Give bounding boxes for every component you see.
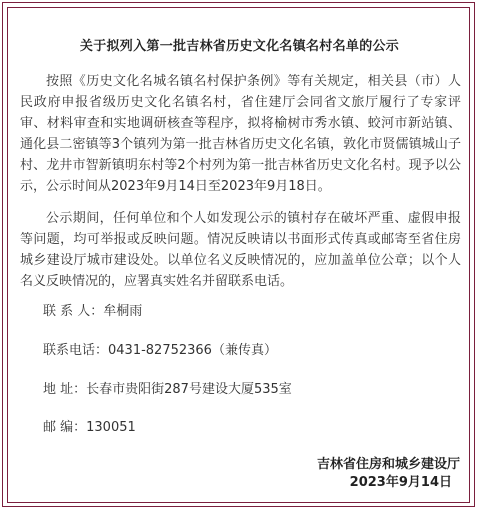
document-title: 关于拟列入第一批吉林省历史文化名镇名村名单的公示 — [0, 38, 479, 56]
signature-organization: 吉林省住房和城乡建设厅 — [317, 456, 460, 474]
signature-date: 2023年9月14日 — [350, 474, 452, 492]
contact-address: 地 址：长春市贵阳街287号建设大厦535室 — [43, 381, 292, 399]
paragraph-feedback-instructions: 公示期间，任何单位和个人如发现公示的镇村存在破坏严重、虚假申报等问题，均可举报或… — [20, 208, 461, 292]
paragraph-announcement: 按照《历史文化名城名镇名村保护条例》等有关规定，相关县（市）人民政府申报省级历史… — [20, 71, 461, 197]
contact-person: 联 系 人：牟桐雨 — [43, 303, 142, 321]
contact-postcode: 邮 编：130051 — [43, 419, 136, 437]
contact-phone: 联系电话：0431-82752366（兼传真） — [43, 342, 277, 360]
